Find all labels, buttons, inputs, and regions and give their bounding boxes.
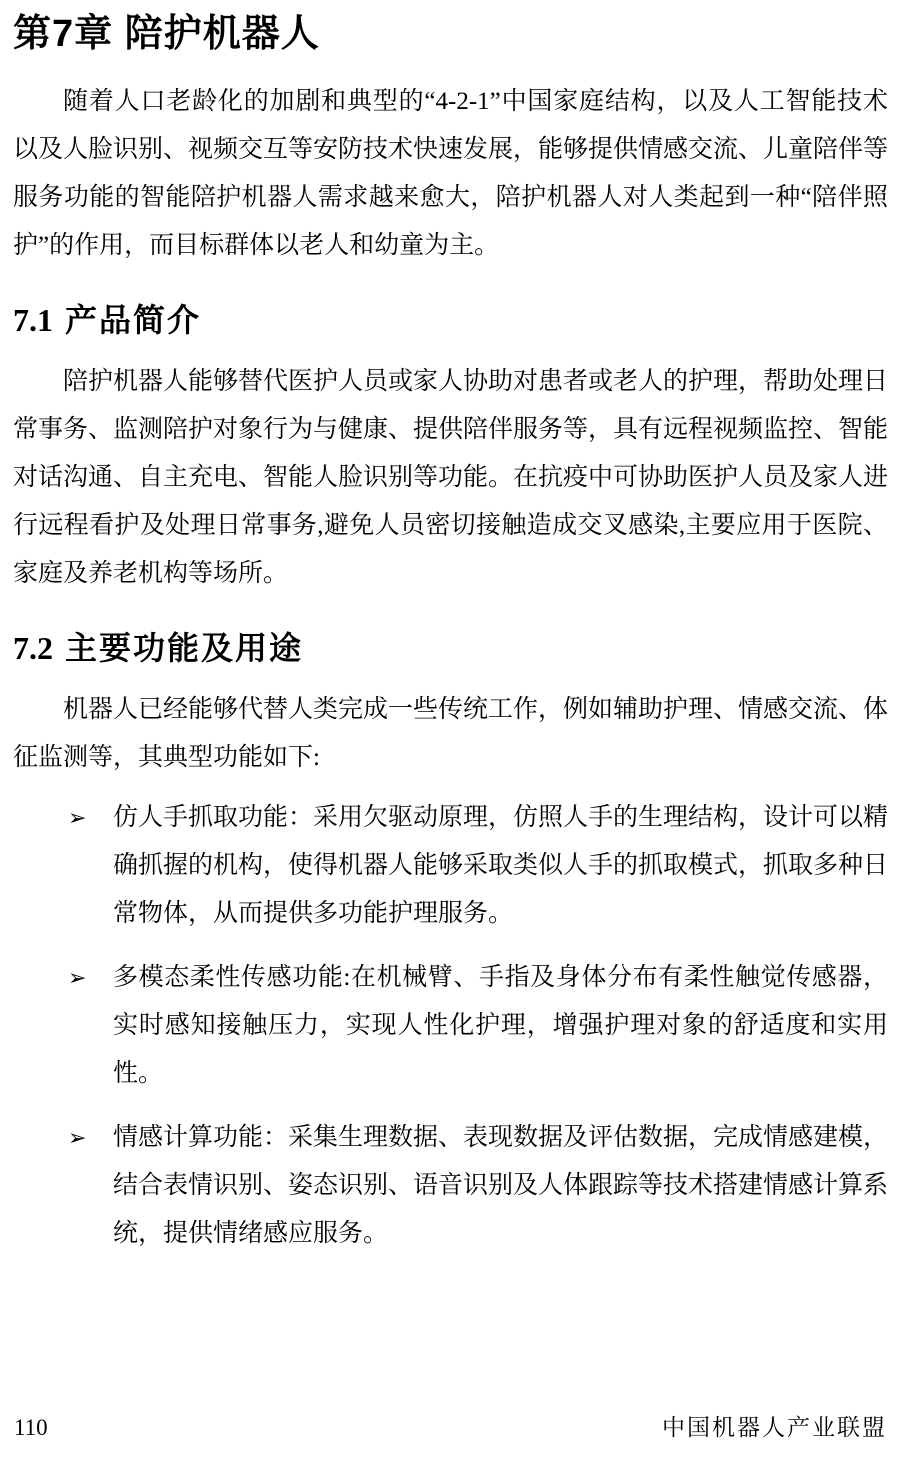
footer-organization: 中国机器人产业联盟 [662,1415,887,1441]
section-7-1-paragraph: 陪护机器人能够替代医护人员或家人协助对患者或老人的护理，帮助处理日常事务、监测陪… [13,358,888,598]
document-page: { "document": { "chapter_title": "第7章 陪护… [0,0,900,1465]
section-7-2-paragraph: 机器人已经能够代替人类完成一些传统工作，例如辅助护理、情感交流、体征监测等，其典… [13,686,888,782]
arrow-bullet-icon: ➢ [68,794,86,842]
section-number: 7.1 [13,302,53,338]
page-content: 第7章 陪护机器人 随着人口老龄化的加剧和典型的“4-2-1”中国家庭结构，以及… [0,0,900,1258]
chapter-intro-paragraph: 随着人口老龄化的加剧和典型的“4-2-1”中国家庭结构，以及人工智能技术以及人脸… [13,78,888,270]
list-item-text: 仿人手抓取功能：采用欠驱动原理，仿照人手的生理结构，设计可以精确抓握的机构，使得… [113,804,888,927]
list-item: ➢ 多模态柔性传感功能:在机械臂、手指及身体分布有柔性触觉传感器，实时感知接触压… [113,954,888,1098]
section-heading-7-1: 7.1产品简介 [13,300,888,340]
list-item-text: 情感计算功能：采集生理数据、表现数据及评估数据，完成情感建模，结合表情识别、姿态… [113,1124,888,1247]
page-footer: 110 中国机器人产业联盟 [14,1415,887,1441]
arrow-bullet-icon: ➢ [68,954,86,1002]
feature-list: ➢ 仿人手抓取功能：采用欠驱动原理，仿照人手的生理结构，设计可以精确抓握的机构，… [13,794,888,1258]
list-item-text: 多模态柔性传感功能:在机械臂、手指及身体分布有柔性触觉传感器，实时感知接触压力，… [113,964,888,1087]
section-number: 7.2 [13,630,53,666]
section-title: 产品简介 [65,302,201,338]
arrow-bullet-icon: ➢ [68,1114,86,1162]
list-item: ➢ 仿人手抓取功能：采用欠驱动原理，仿照人手的生理结构，设计可以精确抓握的机构，… [113,794,888,938]
section-title: 主要功能及用途 [65,630,303,666]
list-item: ➢ 情感计算功能：采集生理数据、表现数据及评估数据，完成情感建模，结合表情识别、… [113,1114,888,1258]
chapter-title: 第7章 陪护机器人 [13,10,888,58]
page-number: 110 [14,1415,48,1441]
section-heading-7-2: 7.2主要功能及用途 [13,628,888,668]
